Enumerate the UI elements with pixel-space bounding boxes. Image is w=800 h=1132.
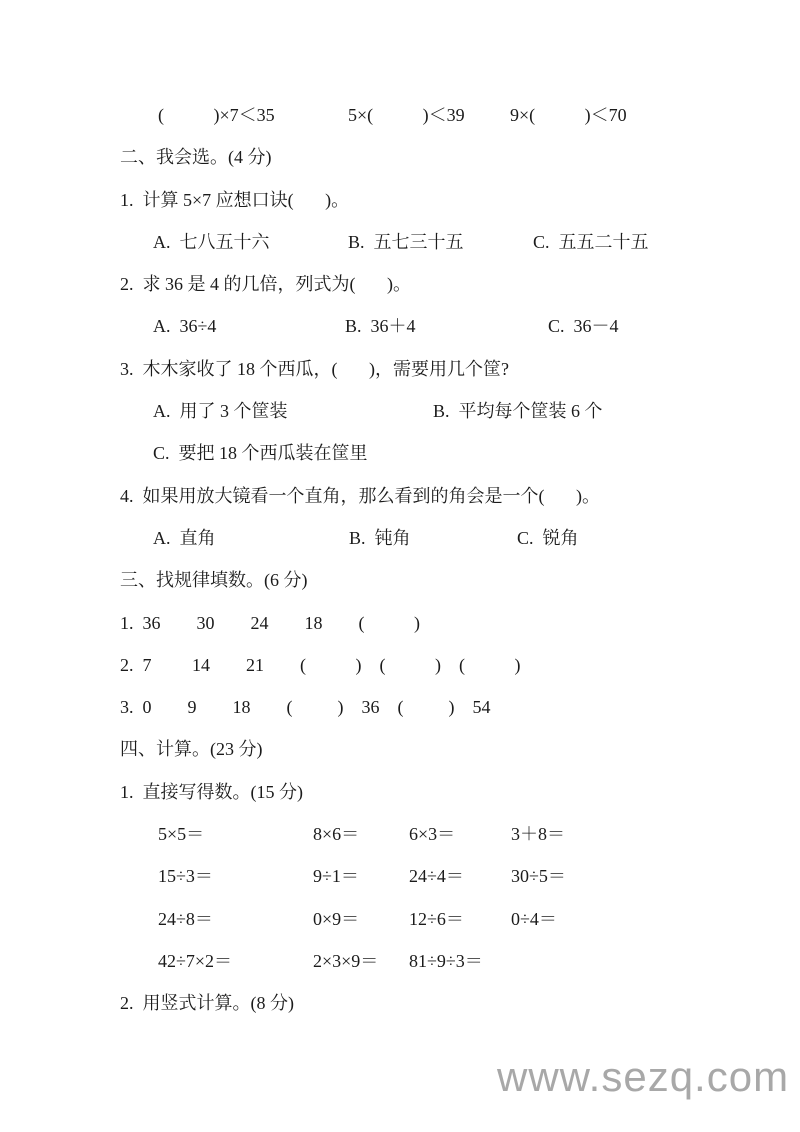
option-item: B. 钝角 xyxy=(349,517,517,559)
section-title-pattern: 三、找规律填数。(6 分) xyxy=(120,559,740,601)
watermark: www.sezq.com xyxy=(497,1056,789,1098)
section-title-choice: 二、我会选。(4 分) xyxy=(120,136,740,178)
option-item: C. 五五二十五 xyxy=(533,221,649,263)
question-text: 1. 计算 5×7 应想口诀( )。 xyxy=(120,179,740,221)
option-item: C. 要把 18 个西瓜装在筐里 xyxy=(120,432,740,474)
calc-expression: 30÷5＝ xyxy=(511,855,566,897)
calc-row: 24÷8＝ 0×9＝ 12÷6＝ 0÷4＝ xyxy=(120,898,740,940)
option-item: C. 36－4 xyxy=(548,305,619,347)
calc-expression: 15÷3＝ xyxy=(158,855,313,897)
calc-row: 5×5＝ 8×6＝ 6×3＝ 3＋8＝ xyxy=(120,813,740,855)
calc-expression: 3＋8＝ xyxy=(511,813,565,855)
subsection-title-vertical: 2. 用竖式计算。(8 分) xyxy=(120,982,740,1024)
calc-expression: 24÷4＝ xyxy=(409,855,511,897)
section-title-calc: 四、计算。(23 分) xyxy=(120,728,740,770)
question-text: 3. 木木家收了 18 个西瓜，( )，需要用几个筐? xyxy=(120,348,740,390)
option-row: A. 七八五十六 B. 五七三十五 C. 五五二十五 xyxy=(120,221,740,263)
fill-blank-item: 9×( )＜70 xyxy=(510,94,627,136)
option-item: B. 五七三十五 xyxy=(348,221,533,263)
subsection-title-direct: 1. 直接写得数。(15 分) xyxy=(120,771,740,813)
option-item: A. 36÷4 xyxy=(153,305,345,347)
calc-expression: 12÷6＝ xyxy=(409,898,511,940)
option-row: A. 36÷4 B. 36＋4 C. 36－4 xyxy=(120,305,740,347)
fill-blank-row: ( )×7＜35 5×( )＜39 9×( )＜70 xyxy=(120,94,740,136)
question-text: 4. 如果用放大镜看一个直角，那么看到的角会是一个( )。 xyxy=(120,475,740,517)
option-item: C. 锐角 xyxy=(517,517,579,559)
pattern-item: 3. 0 9 18 ( ) 36 ( ) 54 xyxy=(120,686,740,728)
worksheet-body: ( )×7＜35 5×( )＜39 9×( )＜70 二、我会选。(4 分) 1… xyxy=(120,94,740,1025)
calc-expression: 81÷9÷3＝ xyxy=(409,940,511,982)
option-item: B. 36＋4 xyxy=(345,305,548,347)
option-item: A. 七八五十六 xyxy=(153,221,348,263)
option-item: A. 直角 xyxy=(153,517,349,559)
calc-expression: 9÷1＝ xyxy=(313,855,409,897)
option-item: A. 用了 3 个筐装 xyxy=(153,390,433,432)
pattern-item: 1. 36 30 24 18 ( ) xyxy=(120,602,740,644)
calc-expression: 0×9＝ xyxy=(313,898,409,940)
option-row: A. 用了 3 个筐装 B. 平均每个筐装 6 个 xyxy=(120,390,740,432)
fill-blank-item: 5×( )＜39 xyxy=(348,94,510,136)
calc-row: 42÷7×2＝ 2×3×9＝ 81÷9÷3＝ xyxy=(120,940,740,982)
fill-blank-item: ( )×7＜35 xyxy=(158,94,348,136)
worksheet-page: ( )×7＜35 5×( )＜39 9×( )＜70 二、我会选。(4 分) 1… xyxy=(0,0,800,1132)
calc-expression: 42÷7×2＝ xyxy=(158,940,313,982)
calc-expression: 5×5＝ xyxy=(158,813,313,855)
option-row: A. 直角 B. 钝角 C. 锐角 xyxy=(120,517,740,559)
calc-expression: 6×3＝ xyxy=(409,813,511,855)
calc-row: 15÷3＝ 9÷1＝ 24÷4＝ 30÷5＝ xyxy=(120,855,740,897)
pattern-item: 2. 7 14 21 ( ) ( ) ( ) xyxy=(120,644,740,686)
calc-expression: 2×3×9＝ xyxy=(313,940,409,982)
question-text: 2. 求 36 是 4 的几倍，列式为( )。 xyxy=(120,263,740,305)
calc-expression: 8×6＝ xyxy=(313,813,409,855)
calc-expression: 24÷8＝ xyxy=(158,898,313,940)
calc-expression: 0÷4＝ xyxy=(511,898,557,940)
option-item: B. 平均每个筐装 6 个 xyxy=(433,390,603,432)
